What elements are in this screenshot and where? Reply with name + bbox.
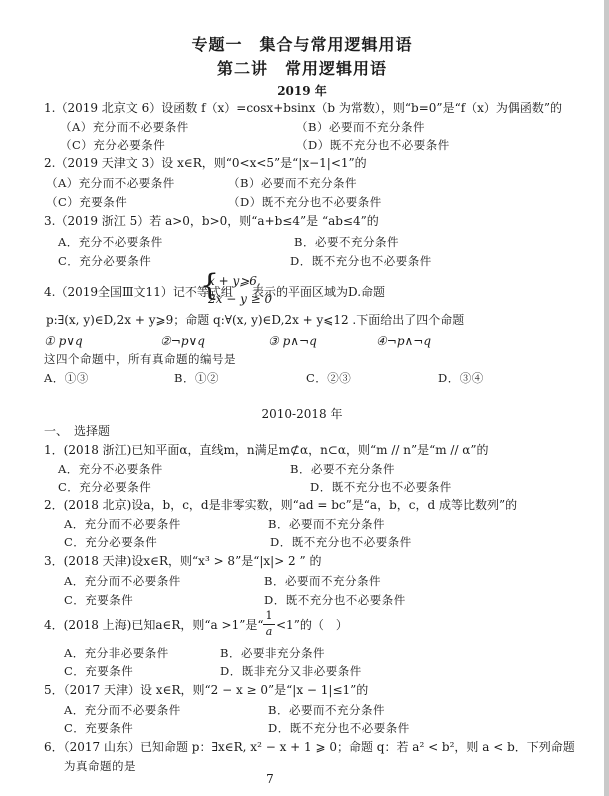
year-range-heading: 2010-2018 年 xyxy=(0,407,604,421)
question-2019-1-option-d: （D）既不充分也不必要条件 xyxy=(296,138,450,152)
question-2019-1-option-b: （B）必要而不充分条件 xyxy=(296,120,425,134)
question-2018-2-option-a: A．充分而不必要条件 xyxy=(64,517,181,531)
question-2019-3-option-a: A．充分不必要条件 xyxy=(58,235,163,249)
question-2018-2-option-b: B．必要而不充分条件 xyxy=(268,517,385,531)
question-2018-3-option-c: C．充要条件 xyxy=(64,593,133,607)
question-2019-4-option-c: C．②③ xyxy=(306,371,351,385)
page-edge-border xyxy=(604,0,609,796)
question-2018-4-option-a: A．充分非必要条件 xyxy=(64,646,169,660)
question-2018-3-option-d: D．既不充分也不必要条件 xyxy=(264,593,406,607)
question-2018-2-stem: 2．(2018 北京)设a，b，c，d是非零实数，则“ad = bc”是“a，b… xyxy=(44,498,517,512)
section-part-label: 一、 选择题 xyxy=(44,424,110,438)
chapter-title: 专题一 集合与常用逻辑用语 xyxy=(0,36,604,54)
question-2018-4-option-d: D．既非充分又非必要条件 xyxy=(220,664,362,678)
question-2018-1-option-d: D．既不充分也不必要条件 xyxy=(310,480,452,494)
question-2017-5-option-b: B．必要而不充分条件 xyxy=(268,703,385,717)
question-2017-6-stem-cont: 为真命题的是 xyxy=(64,759,136,773)
question-2019-3-option-b: B．必要不充分条件 xyxy=(294,235,399,249)
question-2018-3-option-b: B．必要而不充分条件 xyxy=(264,574,381,588)
question-2017-6-stem: 6．（2017 山东）已知命题 p：∃x∈R, x² − x + 1 ⩾ 0；命… xyxy=(44,740,575,754)
question-2018-4-option-c: C．充要条件 xyxy=(64,664,133,678)
question-2018-1-option-a: A．充分不必要条件 xyxy=(58,462,163,476)
question-2019-4-line-4: 这四个命题中，所有真命题的编号是 xyxy=(44,352,236,366)
proposition-1: ① p∨q xyxy=(44,334,83,348)
question-2017-5-option-d: D．既不充分也不必要条件 xyxy=(268,721,410,735)
fraction-numerator: 1 xyxy=(264,610,274,622)
question-2019-2-option-d: （D）既不充分也不必要条件 xyxy=(228,195,382,209)
question-2018-4-stem-suffix: <1”的（ ） xyxy=(276,618,348,632)
proposition-4: ④¬p∧¬q xyxy=(376,334,431,348)
question-2018-2-option-d: D．既不充分也不必要条件 xyxy=(270,535,412,549)
proposition-3: ③ p∧¬q xyxy=(268,334,317,348)
question-2019-1-stem: 1.（2019 北京文 6）设函数 f（x）=cosx+bsinx（b 为常数）… xyxy=(44,101,562,115)
question-2018-1-stem: 1．(2018 浙江)已知平面α，直线m，n满足m⊄α，n⊂α，则“m // n… xyxy=(44,443,489,457)
question-2019-3-option-d: D．既不充分也不必要条件 xyxy=(290,254,432,268)
question-2017-5-option-c: C．充要条件 xyxy=(64,721,133,735)
question-2019-4-option-d: D．③④ xyxy=(438,371,484,385)
question-2019-4-option-b: B．①② xyxy=(174,371,219,385)
question-2019-4-stem-suffix: 表示的平面区域为D.命题 xyxy=(252,285,385,299)
question-2019-4-option-a: A．①③ xyxy=(44,371,89,385)
question-2019-2-option-a: （A）充分而不必要条件 xyxy=(46,176,175,190)
question-2019-1-option-c: （C）充分必要条件 xyxy=(60,138,165,152)
question-2019-2-option-c: （C）充要条件 xyxy=(46,195,127,209)
question-2019-4-line-2: p:∃(x, y)∈D,2x + y⩾9；命题 q:∀(x, y)∈D,2x +… xyxy=(46,313,464,327)
question-2019-1-option-a: （A）充分而不必要条件 xyxy=(60,120,189,134)
question-2019-2-stem: 2.（2019 天津文 3）设 x∈R，则“0<x<5”是“|x−1|<1”的 xyxy=(44,156,367,170)
question-2018-1-option-b: B．必要不充分条件 xyxy=(290,462,395,476)
question-2018-4-stem-prefix: 4．(2018 上海)已知a∈R，则“a >1”是“ xyxy=(44,618,264,632)
question-2017-5-stem: 5．（2017 天津）设 x∈R，则“2 − x ≥ 0”是“|x − 1|≤1… xyxy=(44,683,368,697)
year-heading-2019: 2019 年 xyxy=(0,84,604,98)
proposition-2: ②¬p∨q xyxy=(160,334,205,348)
question-2018-3-option-a: A．充分而不必要条件 xyxy=(64,574,181,588)
lecture-title: 第二讲 常用逻辑用语 xyxy=(0,60,604,78)
question-2019-3-stem: 3.（2019 浙江 5）若 a>0，b>0，则“a+b≤4”是 “ab≤4”的 xyxy=(44,214,379,228)
fraction-denominator: a xyxy=(264,626,274,638)
question-2018-1-option-c: C．充分必要条件 xyxy=(58,480,151,494)
question-2018-2-option-c: C．充分必要条件 xyxy=(64,535,157,549)
question-2017-5-option-a: A．充分而不必要条件 xyxy=(64,703,181,717)
question-2019-3-option-c: C．充分必要条件 xyxy=(58,254,151,268)
page-number: 7 xyxy=(0,772,540,786)
question-2019-2-option-b: （B）必要而不充分条件 xyxy=(228,176,357,190)
question-2018-3-stem: 3．(2018 天津)设x∈R，则“x³ > 8”是“|x|> 2 ” 的 xyxy=(44,554,321,568)
question-2018-4-option-b: B．必要非充分条件 xyxy=(220,646,325,660)
